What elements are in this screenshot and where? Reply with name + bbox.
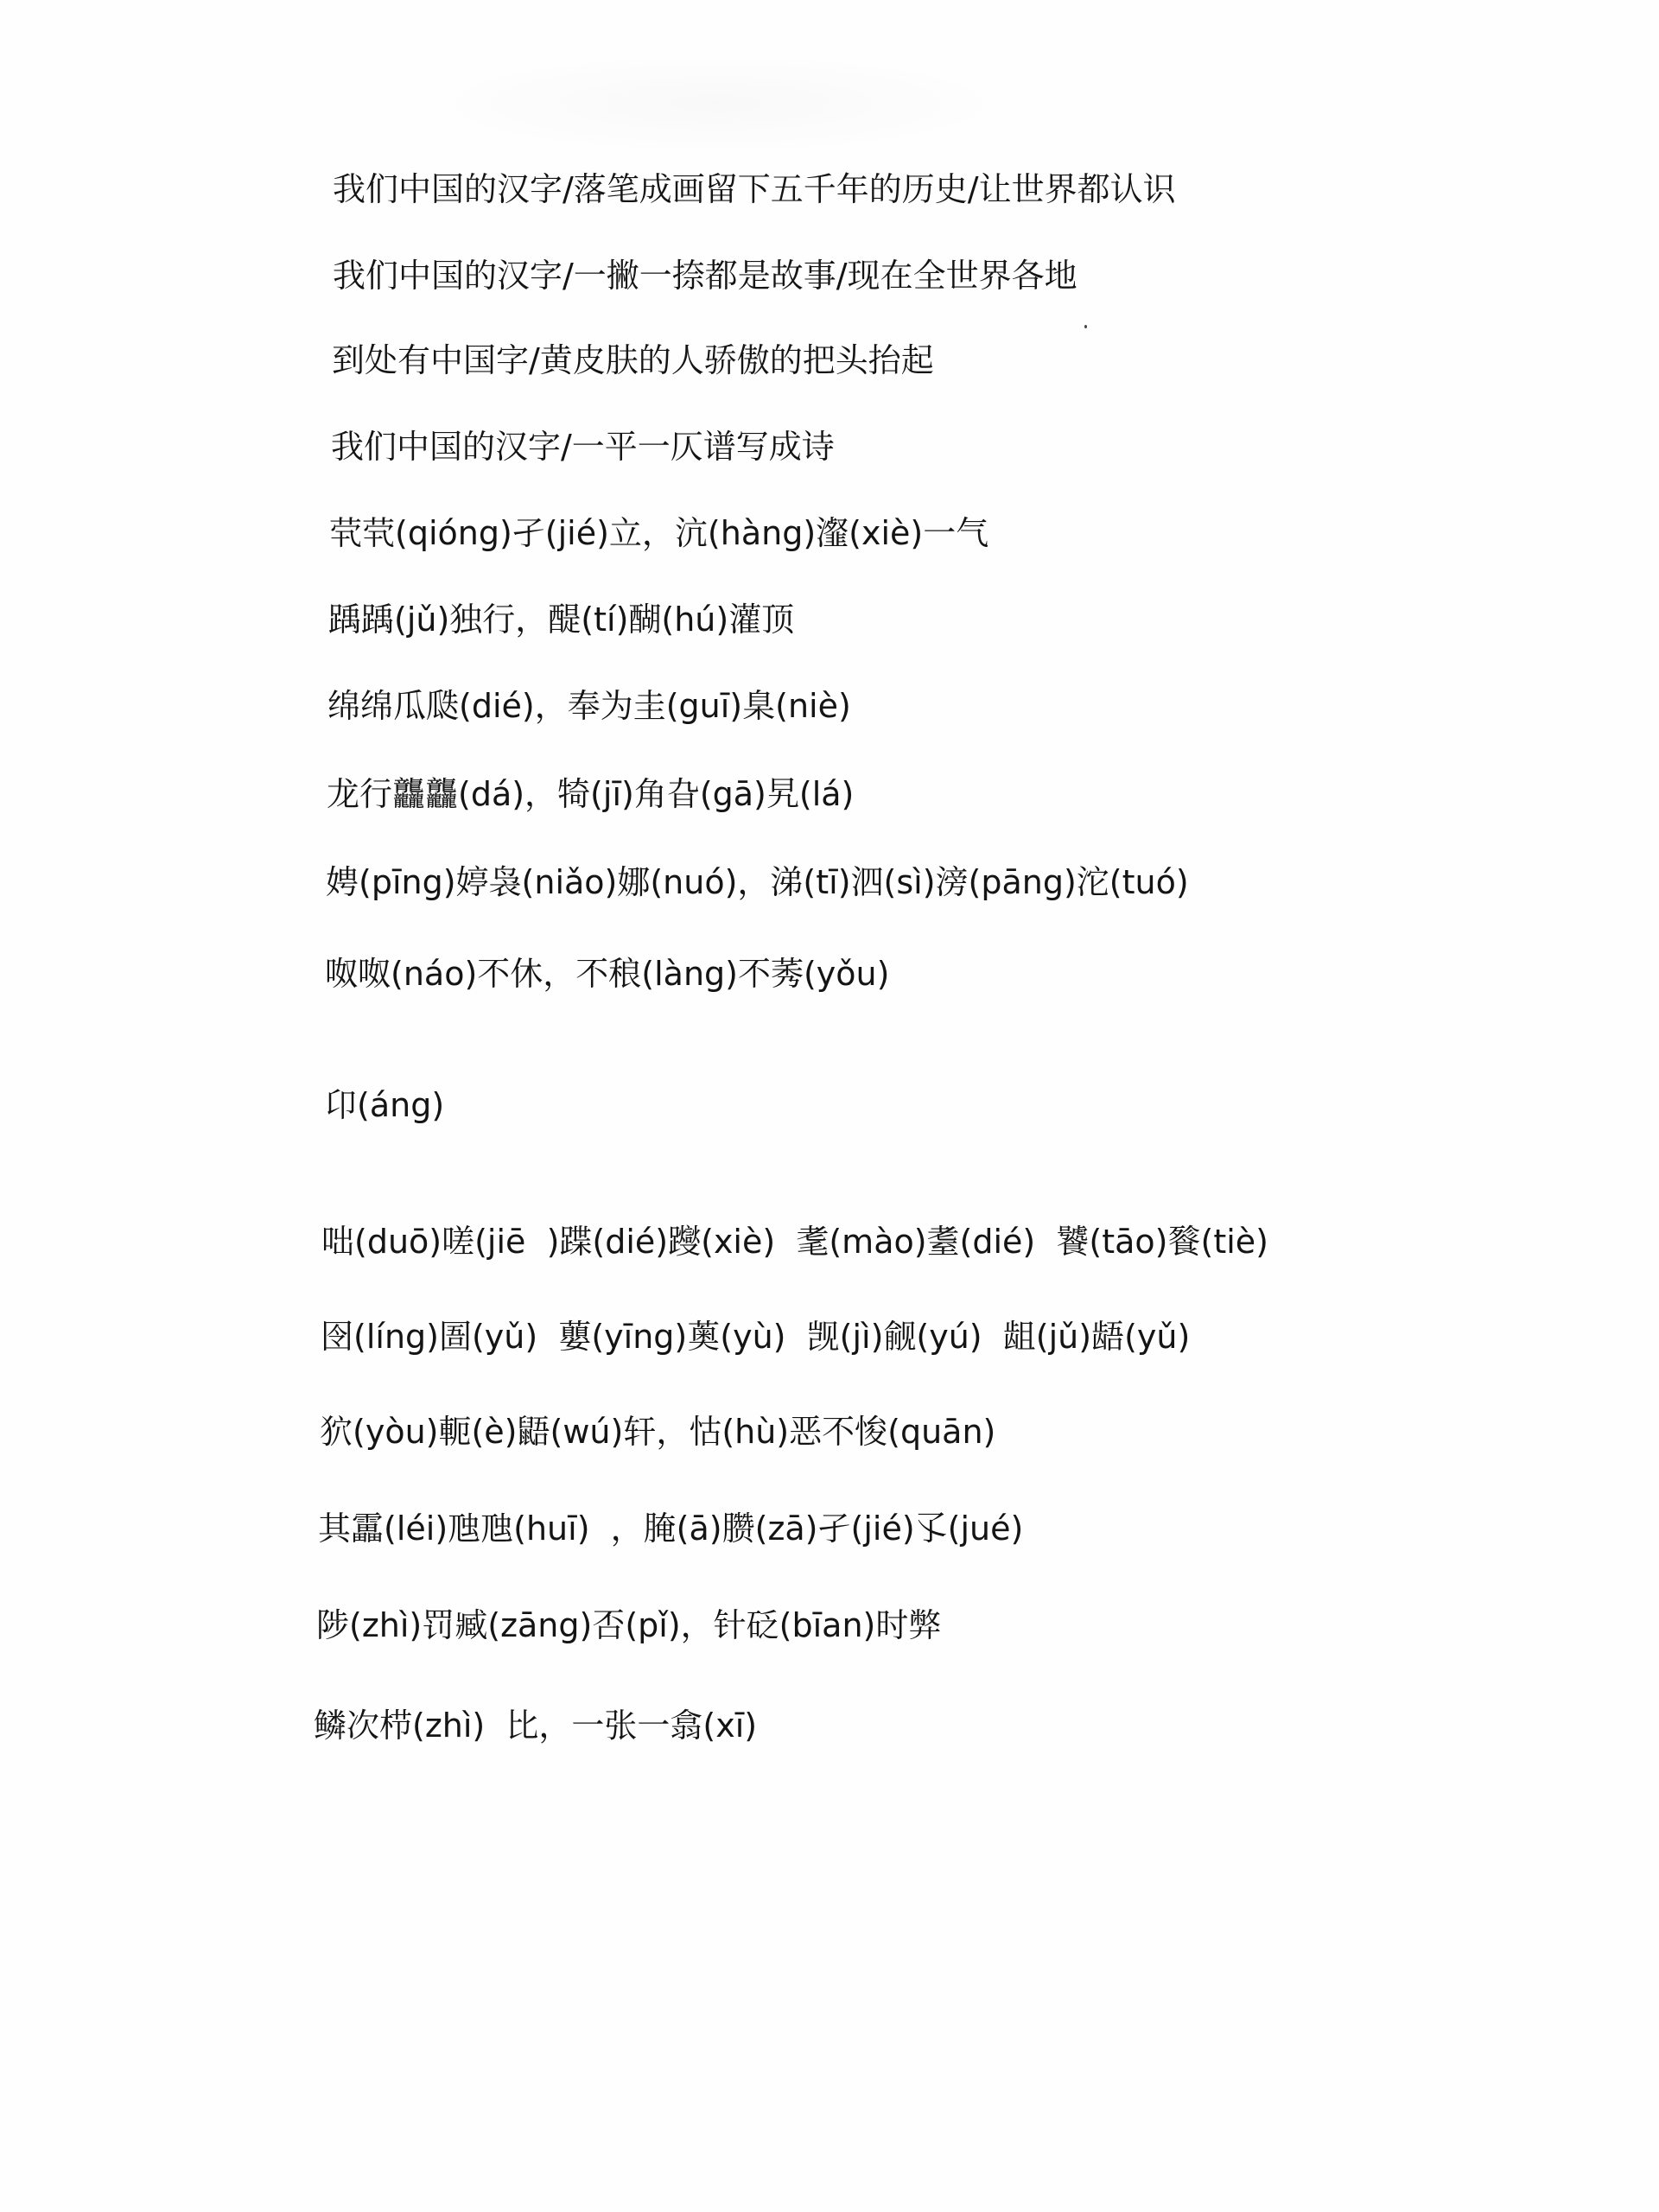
word-line-6: 鳞次栉(zhì) 比，一张一翕(xī) xyxy=(314,1706,757,1745)
idiom-line-5: 娉(pīng)婷袅(niǎo)娜(nuó)，涕(tī)泗(sì)滂(pāng)沱… xyxy=(326,862,1189,902)
word-line-4: 其靁(léi)虺虺(huī) ，腌(ā)臜(zā)孑(jié)孓(jué) xyxy=(318,1509,1023,1548)
word-line-2: 囹(líng)圄(yǔ) 蘡(yīng)薁(yù) 觊(jì)觎(yú) 龃(j… xyxy=(321,1317,1190,1357)
idiom-line-3: 绵绵瓜瓞(dié)，奉为圭(guī)臬(niè) xyxy=(327,686,851,726)
idiom-line-6: 呶呶(náo)不休，不稂(làng)不莠(yǒu) xyxy=(325,954,889,994)
poem-line-1: 我们中国的汉字/落笔成画留下五千年的历史/让世界都认识 xyxy=(333,169,1176,209)
word-line-3: 狖(yòu)軛(è)鼯(wú)轩，怙(hù)恶不悛(quān) xyxy=(320,1412,995,1452)
scanned-page: 我们中国的汉字/落笔成画留下五千年的历史/让世界都认识 我们中国的汉字/一撇一捺… xyxy=(0,0,1659,2212)
poem-line-3: 到处有中国字/黄皮肤的人骄傲的把头抬起 xyxy=(332,340,934,380)
idiom-line-2: 踽踽(jǔ)独行，醍(tí)醐(hú)灌顶 xyxy=(328,600,794,639)
poem-line-4: 我们中国的汉字/一平一仄谱写成诗 xyxy=(331,427,835,467)
scan-speck xyxy=(1084,325,1087,328)
word-line-1: 咄(duō)嗟(jiē )蹀(dié)躞(xiè) 耄(mào)耋(dié) 饕… xyxy=(321,1222,1268,1262)
poem-line-2: 我们中国的汉字/一撇一捺都是故事/现在全世界各地 xyxy=(333,256,1077,296)
word-line-5: 陟(zhì)罚臧(zāng)否(pǐ)，针砭(bīan)时弊 xyxy=(316,1605,941,1645)
scan-smudge xyxy=(415,52,1020,156)
idiom-line-1: 茕茕(qióng)孑(jié)立，沆(hàng)瀣(xiè)一气 xyxy=(329,513,988,553)
single-char-line: 卬(áng) xyxy=(324,1085,444,1125)
idiom-line-4: 龙行龘龘(dá)，犄(jī)角旮(gā)旯(lá) xyxy=(327,774,854,814)
